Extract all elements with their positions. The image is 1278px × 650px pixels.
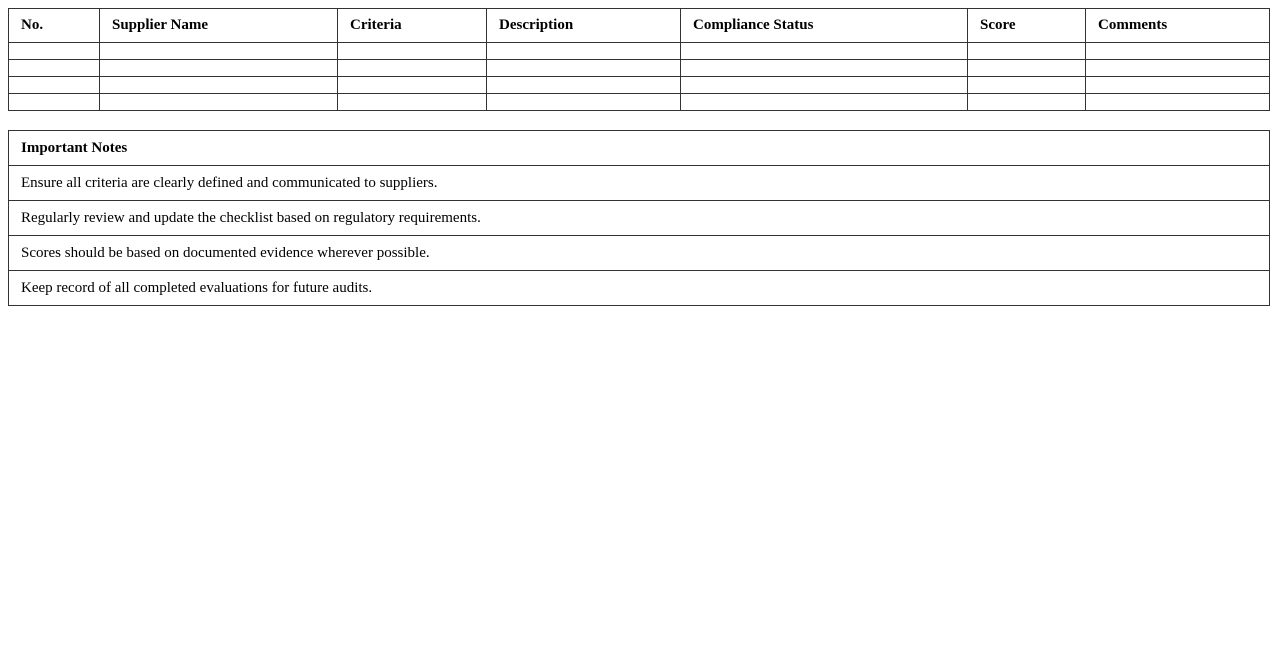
table-row: [9, 60, 1270, 77]
column-header-description: Description: [487, 9, 681, 43]
column-header-score: Score: [968, 9, 1086, 43]
table-row: [9, 43, 1270, 60]
table-cell[interactable]: [338, 43, 487, 60]
table-cell[interactable]: [338, 77, 487, 94]
note-item: Ensure all criteria are clearly defined …: [9, 166, 1270, 201]
column-header-supplier-name: Supplier Name: [100, 9, 338, 43]
table-cell[interactable]: [487, 43, 681, 60]
note-row: Keep record of all completed evaluations…: [9, 271, 1270, 306]
table-cell[interactable]: [968, 43, 1086, 60]
table-cell[interactable]: [968, 77, 1086, 94]
table-cell[interactable]: [487, 77, 681, 94]
table-cell[interactable]: [100, 77, 338, 94]
table-cell[interactable]: [1086, 77, 1270, 94]
table-row: [9, 77, 1270, 94]
table-cell[interactable]: [681, 77, 968, 94]
table-cell[interactable]: [487, 60, 681, 77]
table-cell[interactable]: [681, 60, 968, 77]
table-cell[interactable]: [1086, 60, 1270, 77]
important-notes-table: Important Notes Ensure all criteria are …: [8, 130, 1270, 306]
note-row: Scores should be based on documented evi…: [9, 236, 1270, 271]
table-cell[interactable]: [100, 60, 338, 77]
column-header-comments: Comments: [1086, 9, 1270, 43]
table-cell[interactable]: [338, 60, 487, 77]
note-row: Regularly review and update the checklis…: [9, 201, 1270, 236]
table-cell[interactable]: [1086, 94, 1270, 111]
table-cell[interactable]: [100, 43, 338, 60]
table-cell[interactable]: [338, 94, 487, 111]
table-header-row: No. Supplier Name Criteria Description C…: [9, 9, 1270, 43]
table-cell[interactable]: [100, 94, 338, 111]
note-row: Ensure all criteria are clearly defined …: [9, 166, 1270, 201]
note-item: Scores should be based on documented evi…: [9, 236, 1270, 271]
note-item: Regularly review and update the checklis…: [9, 201, 1270, 236]
notes-title: Important Notes: [9, 131, 1270, 166]
table-cell[interactable]: [9, 77, 100, 94]
table-cell[interactable]: [487, 94, 681, 111]
table-cell[interactable]: [9, 43, 100, 60]
column-header-criteria: Criteria: [338, 9, 487, 43]
supplier-checklist-table: No. Supplier Name Criteria Description C…: [8, 8, 1270, 111]
table-cell[interactable]: [9, 94, 100, 111]
table-cell[interactable]: [681, 43, 968, 60]
table-cell[interactable]: [681, 94, 968, 111]
notes-header-row: Important Notes: [9, 131, 1270, 166]
table-cell[interactable]: [1086, 43, 1270, 60]
column-header-no: No.: [9, 9, 100, 43]
table-cell[interactable]: [9, 60, 100, 77]
note-item: Keep record of all completed evaluations…: [9, 271, 1270, 306]
table-cell[interactable]: [968, 94, 1086, 111]
column-header-compliance-status: Compliance Status: [681, 9, 968, 43]
table-row: [9, 94, 1270, 111]
table-cell[interactable]: [968, 60, 1086, 77]
